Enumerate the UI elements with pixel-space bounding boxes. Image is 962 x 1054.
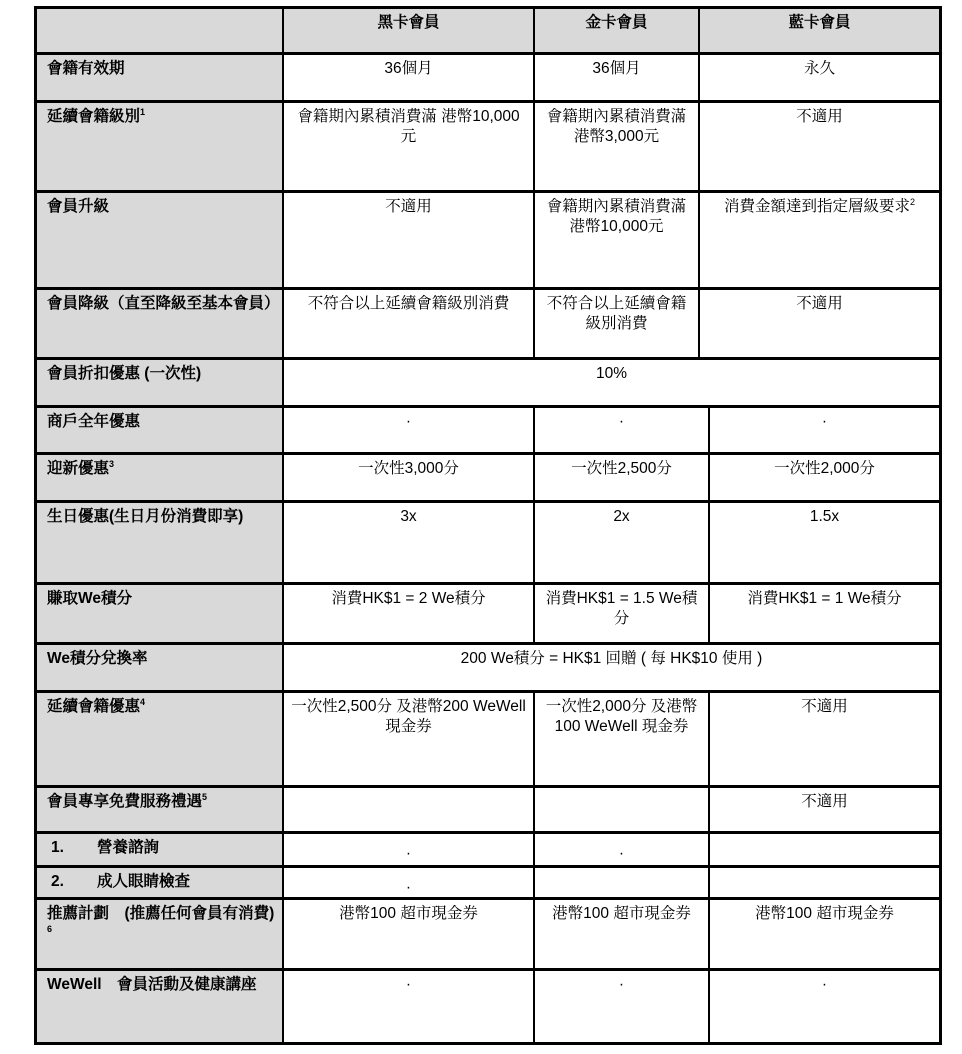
row-label: 商戶全年優惠 bbox=[37, 408, 282, 452]
table-header-row: 黑卡會員 金卡會員 藍卡會員 bbox=[34, 6, 942, 52]
header-blue-tier: 藍卡會員 bbox=[698, 9, 939, 52]
cell-black: · bbox=[282, 868, 533, 897]
table-row: 1.營養諮詢 · · bbox=[34, 831, 942, 865]
header-corner bbox=[37, 9, 282, 52]
table-row: 延續會籍優惠4 一次性2,500分 及港幣200 WeWell 現金券 一次性2… bbox=[34, 690, 942, 785]
cell-gold: · bbox=[533, 834, 708, 865]
table-row: 推薦計劃 (推薦任何會員有消費) 6 港幣100 超市現金券 港幣100 超市現… bbox=[34, 897, 942, 968]
row-label: 延續會籍優惠4 bbox=[37, 693, 282, 785]
footnote-ref: 2 bbox=[910, 197, 915, 207]
footnote-ref: 3 bbox=[109, 459, 114, 469]
cell-gold: 36個月 bbox=[533, 55, 698, 100]
row-label: 2.成人眼睛檢查 bbox=[37, 868, 282, 897]
cell-gold: 港幣100 超市現金券 bbox=[533, 900, 708, 968]
row-label: 會員升級 bbox=[37, 193, 282, 287]
header-gold-tier: 金卡會員 bbox=[533, 9, 698, 52]
row-label: 賺取We積分 bbox=[37, 585, 282, 642]
cell-gold: 2x bbox=[533, 503, 708, 582]
cell-black: · bbox=[282, 834, 533, 865]
cell-black: 港幣100 超市現金券 bbox=[282, 900, 533, 968]
cell-black bbox=[282, 788, 533, 831]
cell-blue: 一次性2,000分 bbox=[708, 455, 939, 500]
cell-blue: · bbox=[708, 971, 939, 1042]
table-row: 迎新優惠3 一次性3,000分 一次性2,500分 一次性2,000分 bbox=[34, 452, 942, 500]
cell-black: 3x bbox=[282, 503, 533, 582]
cell-black: 不適用 bbox=[282, 193, 533, 287]
cell-blue: 不適用 bbox=[708, 788, 939, 831]
header-black-tier: 黑卡會員 bbox=[282, 9, 533, 52]
cell-blue: 不適用 bbox=[698, 103, 939, 190]
table-row: 延續會籍級別1 會籍期內累積消費滿 港幣10,000 元 會籍期內累積消費滿港幣… bbox=[34, 100, 942, 190]
cell-gold: 一次性2,500分 bbox=[533, 455, 708, 500]
table-row: 會員升級 不適用 會籍期內累積消費滿港幣10,000元 消費金額達到指定層級要求… bbox=[34, 190, 942, 287]
row-label: 會員降級（直至降級至基本會員） bbox=[37, 290, 282, 357]
cell-merged: 10% bbox=[282, 360, 939, 405]
cell-blue: 不適用 bbox=[708, 693, 939, 785]
cell-merged: 200 We積分 = HK$1 回贈 ( 每 HK$10 使用 ) bbox=[282, 645, 939, 690]
cell-black: 消費HK$1 = 2 We積分 bbox=[282, 585, 533, 642]
cell-gold: 一次性2,000分 及港幣100 WeWell 現金券 bbox=[533, 693, 708, 785]
footnote-ref: 6 bbox=[47, 924, 52, 934]
cell-black: 一次性3,000分 bbox=[282, 455, 533, 500]
cell-blue: 港幣100 超市現金券 bbox=[708, 900, 939, 968]
row-label: 迎新優惠3 bbox=[37, 455, 282, 500]
table-row: We積分兌換率 200 We積分 = HK$1 回贈 ( 每 HK$10 使用 … bbox=[34, 642, 942, 690]
cell-gold bbox=[533, 788, 708, 831]
cell-black: · bbox=[282, 408, 533, 452]
table-row: 商戶全年優惠 · · · bbox=[34, 405, 942, 452]
cell-gold: · bbox=[533, 971, 708, 1042]
row-label: 會員折扣優惠 (一次性) bbox=[37, 360, 282, 405]
cell-gold: 會籍期內累積消費滿港幣10,000元 bbox=[533, 193, 698, 287]
table-row: 2.成人眼睛檢查 · bbox=[34, 865, 942, 897]
table-row: 會籍有效期 36個月 36個月 永久 bbox=[34, 52, 942, 100]
table-row: 賺取We積分 消費HK$1 = 2 We積分 消費HK$1 = 1.5 We積分… bbox=[34, 582, 942, 642]
cell-blue bbox=[708, 834, 939, 865]
cell-blue: 1.5x bbox=[708, 503, 939, 582]
cell-black: 一次性2,500分 及港幣200 WeWell 現金券 bbox=[282, 693, 533, 785]
table-row: 會員專享免費服務禮遇5 不適用 bbox=[34, 785, 942, 831]
footnote-ref: 1 bbox=[140, 107, 145, 117]
row-label: We積分兌換率 bbox=[37, 645, 282, 690]
cell-gold: · bbox=[533, 408, 708, 452]
cell-gold bbox=[533, 868, 708, 897]
cell-gold: 不符合以上延續會籍級別消費 bbox=[533, 290, 698, 357]
cell-black: · bbox=[282, 971, 533, 1042]
cell-blue: 永久 bbox=[698, 55, 939, 100]
row-label: 生日優惠(生日月份消費即享) bbox=[37, 503, 282, 582]
footnote-ref: 4 bbox=[140, 697, 145, 707]
row-label: 會員專享免費服務禮遇5 bbox=[37, 788, 282, 831]
footnote-ref: 5 bbox=[202, 792, 207, 802]
table-row: 會員降級（直至降級至基本會員） 不符合以上延續會籍級別消費 不符合以上延續會籍級… bbox=[34, 287, 942, 357]
row-label: 推薦計劃 (推薦任何會員有消費) 6 bbox=[37, 900, 282, 968]
table-row: WeWell 會員活動及健康講座 · · · bbox=[34, 968, 942, 1045]
cell-blue: 消費HK$1 = 1 We積分 bbox=[708, 585, 939, 642]
cell-blue bbox=[708, 868, 939, 897]
table-row: 會員折扣優惠 (一次性) 10% bbox=[34, 357, 942, 405]
table-row: 生日優惠(生日月份消費即享) 3x 2x 1.5x bbox=[34, 500, 942, 582]
row-label: WeWell 會員活動及健康講座 bbox=[37, 971, 282, 1042]
row-label: 會籍有效期 bbox=[37, 55, 282, 100]
cell-gold: 消費HK$1 = 1.5 We積分 bbox=[533, 585, 708, 642]
row-label: 延續會籍級別1 bbox=[37, 103, 282, 190]
cell-black: 會籍期內累積消費滿 港幣10,000 元 bbox=[282, 103, 533, 190]
cell-blue: 不適用 bbox=[698, 290, 939, 357]
cell-blue: 消費金額達到指定層級要求2 bbox=[698, 193, 939, 287]
cell-blue: · bbox=[708, 408, 939, 452]
row-label: 1.營養諮詢 bbox=[37, 834, 282, 865]
membership-comparison-table: 黑卡會員 金卡會員 藍卡會員 會籍有效期 36個月 36個月 永久 延續會籍級別… bbox=[34, 6, 942, 1045]
cell-gold: 會籍期內累積消費滿港幣3,000元 bbox=[533, 103, 698, 190]
cell-black: 36個月 bbox=[282, 55, 533, 100]
cell-black: 不符合以上延續會籍級別消費 bbox=[282, 290, 533, 357]
